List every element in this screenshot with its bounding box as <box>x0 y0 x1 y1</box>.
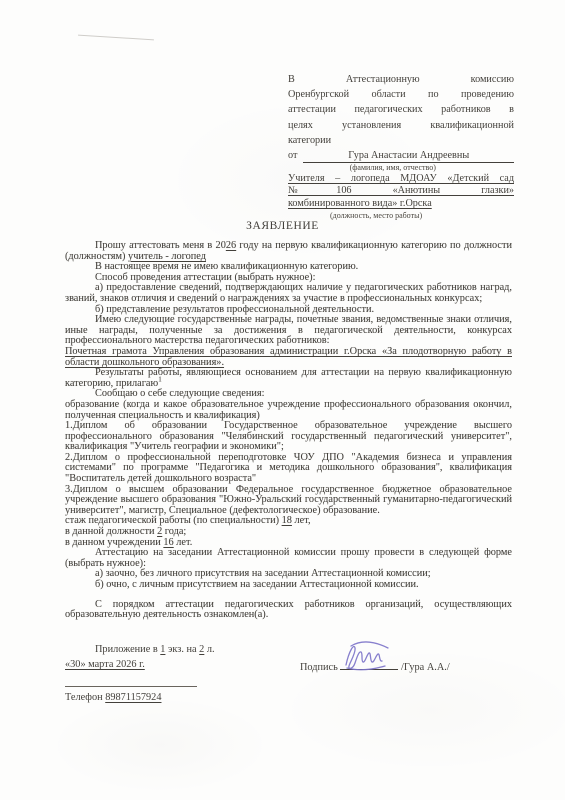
footer-separator-line <box>65 686 197 687</box>
in-institution-value: 16 <box>163 537 173 548</box>
paragraph-request: Прошу аттестовать меня в 2026 году на пе… <box>65 241 512 262</box>
date-text: «30» марта 2026 г. <box>65 659 145 670</box>
paragraph-education-caption: образование (когда и какое образовательн… <box>65 400 512 421</box>
signature-block: Подпись /Гура А.А./ <box>300 659 450 673</box>
recipient-line: целях установления квалификационной <box>288 118 514 133</box>
in-institution-pre: в данном учреждении <box>65 537 163 548</box>
request-pre: Прошу аттестовать меня в 20 <box>95 240 226 251</box>
phone-line: Телефон 89871157924 <box>65 692 161 703</box>
position-line: №106 «Анютины глазки» <box>288 185 514 197</box>
in-position-post: года; <box>162 526 186 537</box>
phone-number: 89871157924 <box>105 692 161 703</box>
paragraph-diploma-1: 1.Диплом об образовании Государственное … <box>65 421 512 453</box>
footnote-mark: 1 <box>158 375 162 383</box>
position-line: Учителя – логопеда МДОАУ «Детский сад <box>288 173 514 185</box>
results-text: Результаты работы, являющиеся основанием… <box>65 367 512 389</box>
experience-value: 18 <box>282 515 292 526</box>
recipient-line: категории <box>288 133 514 148</box>
from-label: от <box>288 149 303 163</box>
scan-artifact-line <box>78 35 154 41</box>
attachment-line: Приложение в 1 экз. на 2 л. <box>65 644 512 655</box>
in-institution-post: лет. <box>174 537 193 548</box>
recipient-lines: В Аттестационную комиссиюОренбургской об… <box>288 72 514 148</box>
recipient-line: В Аттестационную комиссию <box>288 72 514 87</box>
request-position: учитель - логопед <box>128 251 206 262</box>
from-line: от Гура Анастасии Андреевны <box>288 149 514 163</box>
signature-name: /Гура А.А./ <box>401 662 450 673</box>
recipient-line: аттестации педагогических работников в <box>288 102 514 117</box>
paragraph-diploma-2: 2.Диплом о профессиональной переподготов… <box>65 453 512 485</box>
paragraph-acknowledgement: С порядком аттестации педагогических раб… <box>65 600 512 621</box>
phone-label: Телефон <box>65 692 105 703</box>
scanned-application-page: В Аттестационную комиссиюОренбургской об… <box>0 0 565 800</box>
applicant-name: Гура Анастасии Андреевны <box>303 149 514 163</box>
signature-label: Подпись <box>300 662 340 673</box>
paragraph-form-request: Аттестацию на заседании Аттестационной к… <box>65 548 512 569</box>
experience-post: лет, <box>292 515 311 526</box>
position-lines: Учителя – логопеда МДОАУ «Детский сад№10… <box>288 173 514 210</box>
document-body: Прошу аттестовать меня в 2026 году на пе… <box>65 241 512 621</box>
recipient-line: Оренбургской области по проведению <box>288 87 514 102</box>
experience-pre: стаж педагогической работы (по специальн… <box>65 515 282 526</box>
paragraph-awards-entry: Почетная грамота Управления образования … <box>65 347 512 368</box>
in-position-pre: в данной должности <box>65 526 157 537</box>
attachment-mid: экз. на <box>165 644 199 655</box>
paragraph-method-a: а) предоставление сведений, подтверждающ… <box>65 283 512 304</box>
attachment-post: л. <box>204 644 214 655</box>
position-line: комбинированного вида» г.Орска <box>288 198 514 210</box>
paragraph-results: Результаты работы, являющиеся основанием… <box>65 368 512 389</box>
signature-scribble-icon <box>338 637 400 675</box>
paragraph-diploma-3: 3.Диплом о высшем образовании Федерально… <box>65 485 512 517</box>
recipient-block: В Аттестационную комиссиюОренбургской об… <box>288 72 514 221</box>
signature-blank <box>340 659 398 670</box>
document-title: ЗАЯВЛЕНИЕ <box>0 220 565 232</box>
date-signature-row: «30» марта 2026 г. Подпись /Гура А.А./ <box>65 659 512 689</box>
name-caption: (фамилия, имя, отчество) <box>308 163 478 173</box>
attachment-pre: Приложение в <box>95 644 160 655</box>
paragraph-form-b: б) очно, с личным присутствием на заседа… <box>65 580 512 591</box>
paragraph-awards-intro: Имею следующие государственные награды, … <box>65 315 512 347</box>
request-year: 26 <box>226 240 236 251</box>
